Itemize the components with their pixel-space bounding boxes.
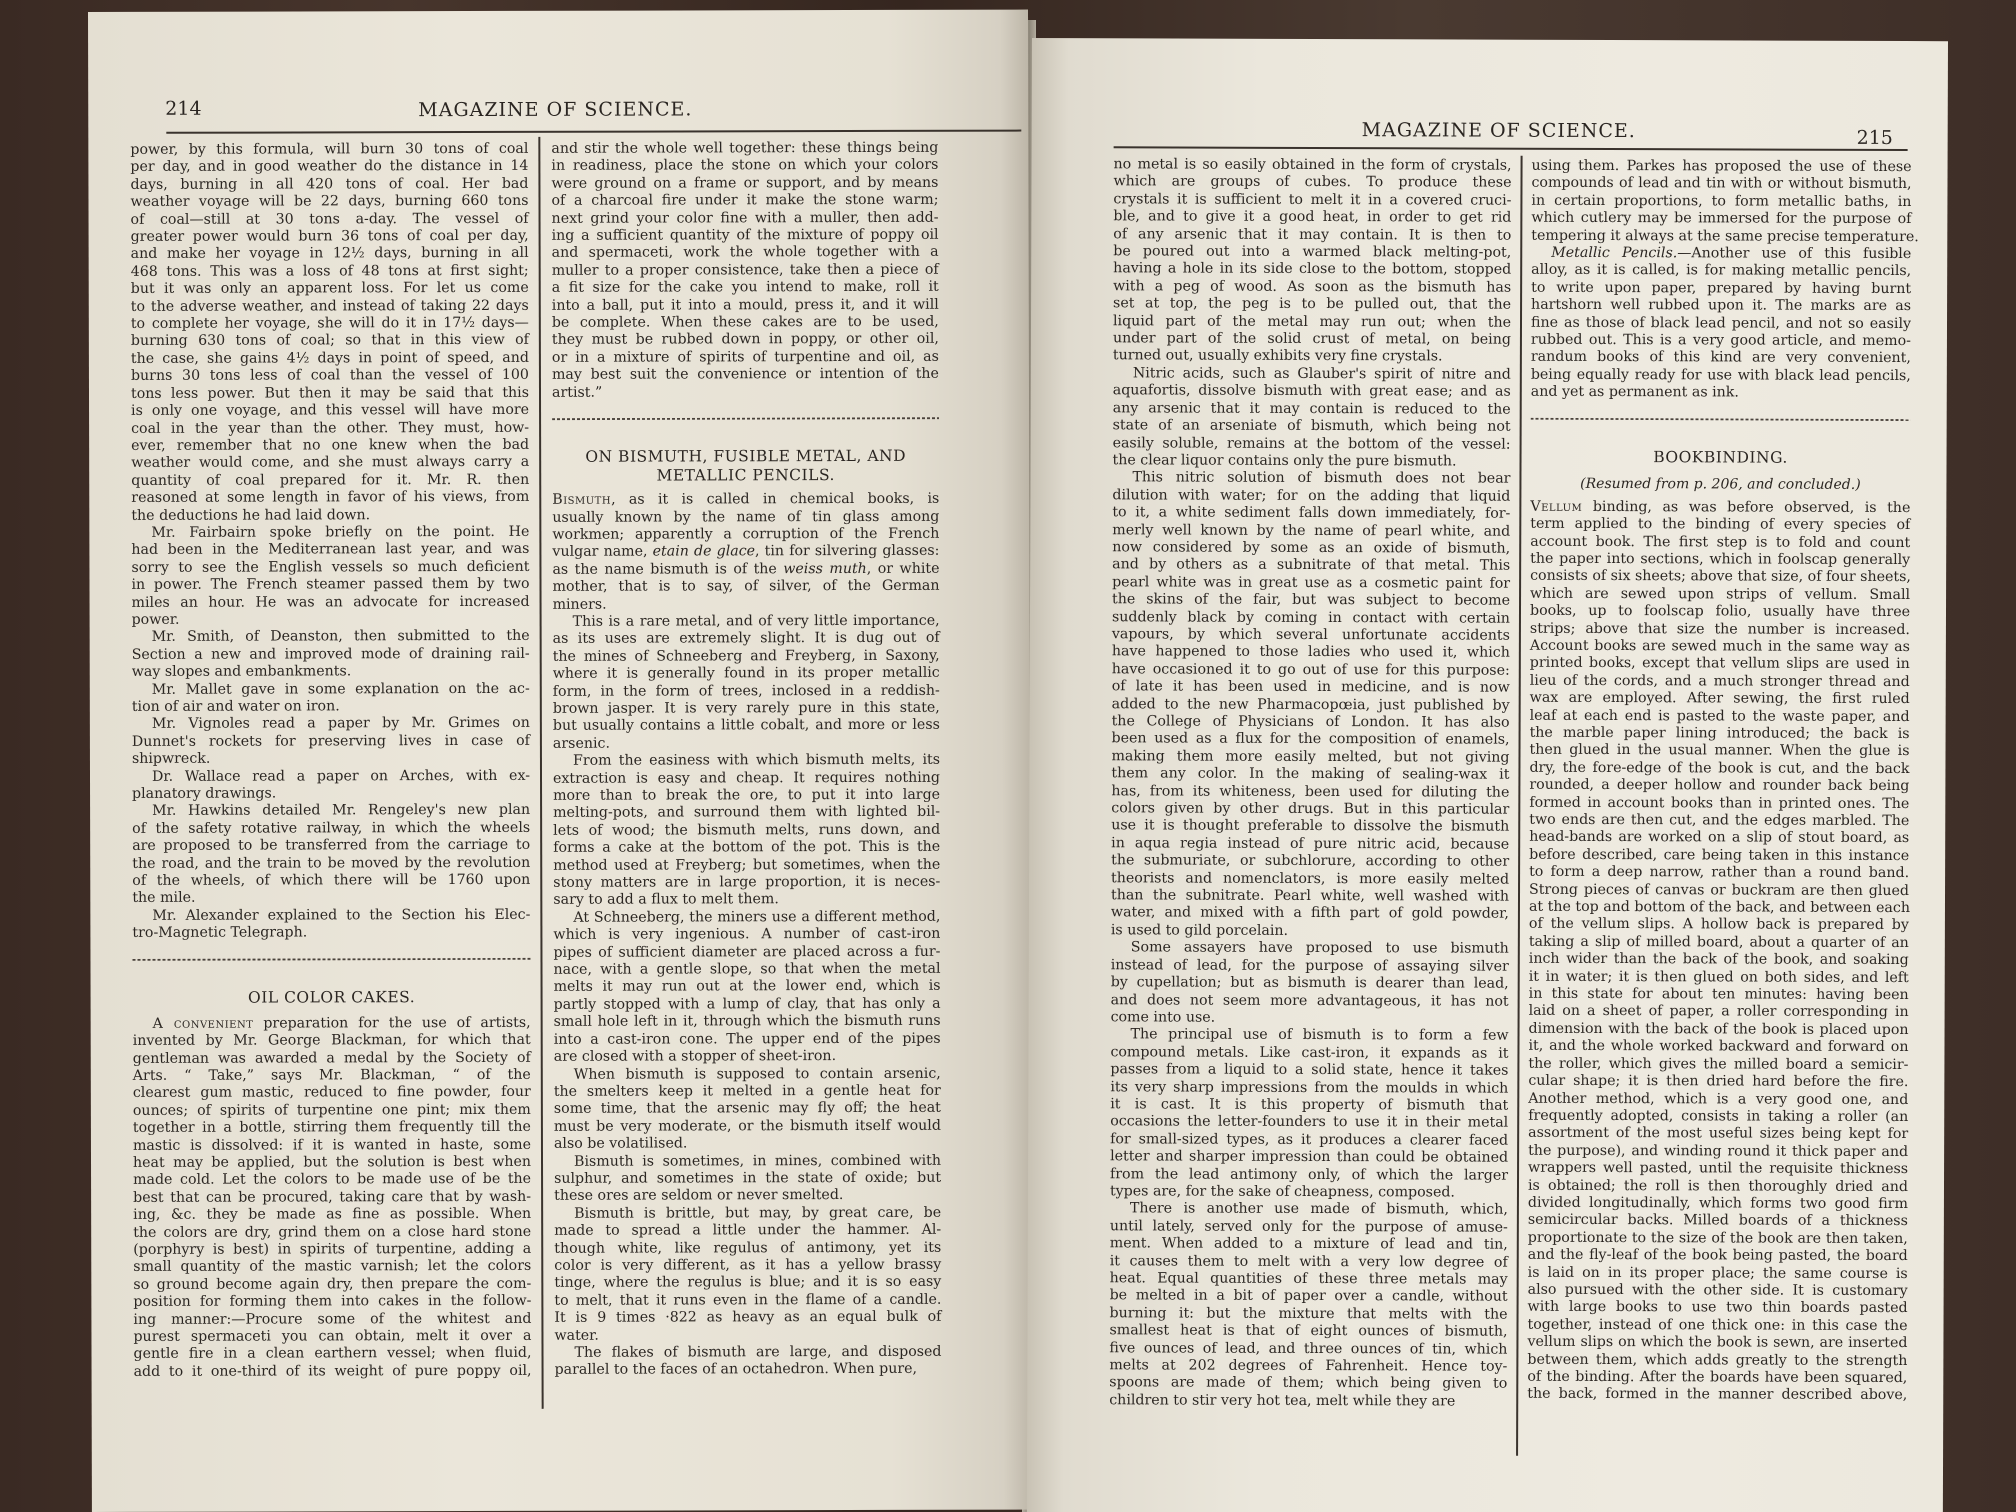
text-line: dimension with the back of the book is p…: [1529, 1021, 1909, 1040]
text-line: alloy, as it is called, is for making me…: [1531, 262, 1911, 281]
text-line: position for forming them into cakes in …: [133, 1293, 531, 1311]
text-line: account book. The first step is to fold …: [1530, 533, 1910, 552]
text-line: making them more easily melted, but not …: [1111, 748, 1509, 767]
text-line: days, burning in all 420 tons of coal. H…: [130, 176, 528, 194]
text-line: gentleman was awarded a medal by the Soc…: [133, 1049, 531, 1067]
right-page: MAGAZINE OF SCIENCE. 215 no metal is so …: [1027, 38, 1948, 1512]
text-line: with a peg of wood. As soon as the bismu…: [1113, 278, 1511, 297]
text-line: vellum slips on which the book is sewn, …: [1527, 1334, 1907, 1353]
text-line: brown jasper. It is very rarely pure in …: [553, 700, 940, 718]
text-line: water, and mixed with a fifth part of go…: [1111, 905, 1509, 924]
text-line: melting-pots, and surround them with lig…: [553, 804, 940, 822]
text-line: clearest gum mastic, reduced to fine pow…: [133, 1084, 531, 1102]
text-line: into a cast-iron cone. The upper end of …: [554, 1030, 941, 1048]
article-title: OIL COLOR CAKES.: [133, 988, 531, 1008]
text-line: muller to a proper consistence, take the…: [552, 262, 939, 280]
text-line: Bismuth is brittle, but may, by great ca…: [554, 1205, 941, 1223]
text-run: binding, as was before observed, is the: [1582, 499, 1910, 516]
text-line: mother, that is to say, of silver, of th…: [552, 578, 939, 596]
text-line: of the wheels, of which there will be 17…: [132, 872, 530, 890]
text-line: strips; above that size the number is in…: [1530, 620, 1910, 639]
text-line: of a charcoal fire under it make the sto…: [551, 192, 938, 210]
text-line: at the top and bottom of the back, and b…: [1529, 899, 1909, 918]
text-line: reasoned at some length in favor of his …: [131, 489, 529, 507]
text-line: has, from its whiteness, been used for d…: [1111, 783, 1509, 802]
text-line: power, by this formula, will burn 30 ton…: [130, 141, 528, 159]
text-line: it causes them to melt with a very low d…: [1110, 1253, 1508, 1272]
text-line: At Schneeberg, the miners use a differen…: [553, 909, 940, 927]
left-page: 214 MAGAZINE OF SCIENCE. power, by this …: [88, 10, 1032, 1512]
italic-run: Metallic Pencils.: [1551, 245, 1677, 261]
text-line: Mr. Smith, of Deanston, then submitted t…: [132, 628, 530, 646]
text-line: where it is generally found in its prope…: [553, 665, 940, 683]
text-line: passes from a liquid to a solid state, h…: [1110, 1061, 1508, 1080]
text-line: proportionate to the size of the book ar…: [1528, 1229, 1908, 1248]
text-line: any arsenic that it may contain is reduc…: [1113, 400, 1511, 419]
text-line: Bismuth is sometimes, in mines, combined…: [554, 1152, 941, 1170]
text-line: state of an arseniate of bismuth, which …: [1113, 417, 1511, 436]
text-line: Account books are sewed much in the same…: [1530, 638, 1910, 657]
text-line: There is another use made of bismuth, wh…: [1110, 1201, 1508, 1220]
text-line: printed books, except that vellum slips …: [1530, 655, 1910, 674]
text-line: been used as a flux for the composition …: [1112, 731, 1510, 750]
text-line: arsenic.: [553, 735, 940, 753]
text-line: ounces; of spirits of turpentine one pin…: [133, 1102, 531, 1120]
text-line: the road, and the train to be moved by t…: [132, 855, 530, 873]
text-line: and spermaceti, work the whole together …: [552, 244, 939, 262]
text-line: Mr. Fairbairn spoke briefly on the point…: [131, 524, 529, 542]
text-line: also pursued with the other side. It is …: [1528, 1282, 1908, 1301]
text-run: vulgar name,: [552, 544, 652, 560]
lead-small-caps: A convenient: [153, 1015, 254, 1031]
text-line: Mr. Alexander explained to the Section h…: [132, 907, 530, 925]
text-line: cular shape; it is then dried hard befor…: [1528, 1073, 1908, 1092]
text-line: of late it has been used in medicine, an…: [1112, 678, 1510, 697]
text-line: in aqua regia instead of pure nitric aci…: [1111, 835, 1509, 854]
text-line: sary to add a flux to melt them.: [553, 891, 940, 909]
text-line: it is cast. It is this property of bismu…: [1110, 1096, 1508, 1115]
text-line: books, up to foolscap folio, usually hav…: [1530, 603, 1910, 622]
text-line: tons less power. But then it may be said…: [131, 385, 529, 403]
text-line: from the lead antimony only, of which th…: [1110, 1166, 1508, 1185]
text-line: be complete. When these cakes are to be …: [552, 314, 939, 332]
text-line: merly well known by the name of pearl wh…: [1112, 522, 1510, 541]
text-line: pearl white was in great use as a cosmet…: [1112, 574, 1510, 593]
text-line: compounds of lead and tin with or withou…: [1531, 175, 1911, 194]
text-run: , as it is called in chemical books, is: [611, 491, 939, 508]
text-line: usually known by the name of tin glass a…: [552, 508, 939, 526]
text-line: From the easiness with which bismuth mel…: [553, 752, 940, 770]
text-line: and make her voyage in 12½ days, burning…: [131, 245, 529, 263]
text-line: pipes of sufficient diameter are placed …: [553, 943, 940, 961]
header-rule: [1114, 146, 1908, 151]
text-line: burns 30 tons less of coal than the vess…: [131, 367, 529, 385]
text-line: method used at Freyberg; but sometimes, …: [553, 856, 940, 874]
text-line: now considered by some as an oxide of bi…: [1112, 539, 1510, 558]
italic-run: weiss muth: [783, 561, 867, 577]
text-line: types are, for the sake of cheapness, co…: [1110, 1183, 1508, 1202]
text-line: color is very different, as it has a yel…: [554, 1257, 941, 1275]
text-line: partly stopped with a lump of clay, that…: [554, 996, 941, 1014]
text-line: the colors are dry, grind them on a clos…: [133, 1223, 531, 1241]
text-line: aquafortis, dissolve bismuth with great …: [1113, 383, 1511, 402]
text-line: to it, a white sediment falls down immed…: [1112, 504, 1510, 523]
section-divider: [1531, 415, 1911, 422]
text-line: must be very moderate, or the bismuth it…: [554, 1117, 941, 1135]
text-line: it, and the whole worked backward and fo…: [1528, 1038, 1908, 1057]
text-line: Nitric acids, such as Glauber's spirit o…: [1113, 365, 1511, 384]
running-head: MAGAZINE OF SCIENCE.: [418, 98, 692, 121]
text-line: of any arsenic that it may contain. It i…: [1113, 226, 1511, 245]
text-line: five ounces of lead, and three ounces of…: [1109, 1340, 1507, 1359]
text-line: in power. The French steamer passed them…: [131, 576, 529, 594]
text-line: add to it one-third of its weight of pur…: [134, 1363, 532, 1381]
text-line: dry, the fore-edge of the book is cut, a…: [1529, 760, 1909, 779]
text-line: the purpose), and winding round it thick…: [1528, 1142, 1908, 1161]
text-line: frequently adopted, consists in taking a…: [1528, 1108, 1908, 1127]
text-run: , or white: [867, 560, 940, 576]
text-line: dilution with water; for on the adding t…: [1112, 487, 1510, 506]
text-line: ing a sufficient quantity of the mixture…: [552, 227, 939, 245]
text-line: to complete her voyage, she will do it i…: [131, 315, 529, 333]
text-line: between them, which adds greatly to the …: [1527, 1351, 1907, 1370]
text-line: the case, she gains 4½ days in point of …: [131, 350, 529, 368]
text-line: made to spread a little under the hammer…: [554, 1222, 941, 1240]
text-line: form, in the form of trees, inclosed in …: [553, 682, 940, 700]
text-line: also be volatilised.: [554, 1135, 941, 1153]
text-line: then glued in the usual manner. When the…: [1529, 742, 1909, 761]
text-line: were ground on a frame or support, and b…: [551, 175, 938, 193]
text-line: tion of air and water on iron.: [132, 698, 530, 716]
text-line: fine as those of black lead pencil, and …: [1531, 314, 1911, 333]
text-line: to the adverse weather, and instead of t…: [131, 298, 529, 316]
text-line: had been in the Mediterranean last year,…: [131, 541, 529, 559]
text-line: planatory drawings.: [132, 785, 530, 803]
text-line: are proposed to be transferred from the …: [132, 837, 530, 855]
text-line: which are sewed upon strips of vellum. S…: [1530, 585, 1910, 604]
text-line: into a ball, put it into a mould, press …: [552, 296, 939, 314]
text-line: A convenient preparation for the use of …: [133, 1015, 531, 1033]
text-line: so ground become again dry, then prepare…: [133, 1276, 531, 1294]
text-line: invented by Mr. George Blackman, for whi…: [133, 1032, 531, 1050]
text-line: under part of the solid crust of metal, …: [1113, 330, 1511, 349]
text-line: Mr. Vignoles read a paper by Mr. Grimes …: [132, 715, 530, 733]
text-line: for small-sized types, as it produces a …: [1110, 1131, 1508, 1150]
text-line: occasions the letter-founders to use it …: [1110, 1114, 1508, 1133]
text-line: next grind your color fine with a muller…: [552, 209, 939, 227]
text-line: which cutlery may be immersed for the pu…: [1531, 210, 1911, 229]
text-line: the mile.: [132, 889, 530, 907]
text-line: rounded, a deeper hollow and rounder bac…: [1529, 777, 1909, 796]
text-line: the paper into sections, which in foolsc…: [1530, 551, 1910, 570]
text-line: the smelters keep it melted in a gentle …: [554, 1083, 941, 1101]
text-line: made cold. Let the colors to be made use…: [133, 1171, 531, 1189]
text-line: Mr. Mallet gave in some explanation on t…: [132, 680, 530, 698]
text-line: (porphyry is best) in spirits of turpent…: [133, 1241, 531, 1259]
text-line: rubbed out. This is a very good article,…: [1531, 332, 1911, 351]
text-line: miners.: [553, 595, 940, 613]
text-line: as the name bismuth is of the weiss muth…: [552, 560, 939, 578]
text-line: is only one voyage, and this vessel will…: [131, 402, 529, 420]
article-title: BOOKBINDING.: [1531, 447, 1911, 467]
text-line: come into use.: [1111, 1009, 1509, 1028]
text-line: stony matters are in large proportion, i…: [553, 874, 940, 892]
text-line: compound metals. Like cast-iron, it expa…: [1110, 1044, 1508, 1063]
text-line: the back, formed in the manner described…: [1527, 1386, 1907, 1405]
text-line: spoons are made of them; which being giv…: [1109, 1375, 1507, 1394]
header-rule: [166, 130, 1021, 134]
text-line: easily soluble, remains at the bottom of…: [1113, 435, 1511, 454]
text-line: This is a rare metal, and of very little…: [553, 613, 940, 631]
text-line: be melted in a bit of paper over a candl…: [1110, 1288, 1508, 1307]
text-line: until lately, served only for the purpos…: [1110, 1218, 1508, 1237]
text-line: it in water; it is then glued on both si…: [1529, 968, 1909, 987]
text-line: shipwreck.: [132, 750, 530, 768]
text-line: a fit size for the cake you intend to ma…: [552, 279, 939, 297]
text-line: by cupellation; but as bismuth is dearer…: [1111, 974, 1509, 993]
text-line: the deductions he had laid down.: [131, 506, 529, 524]
text-line: mastic is dissolved: if it is wanted in …: [133, 1136, 531, 1154]
text-line: colors given by other drugs. But in this…: [1111, 800, 1509, 819]
text-line: more than to break the ore, to put it in…: [553, 787, 940, 805]
column-rule: [538, 137, 543, 1409]
text-line: use it is thought preferable to dissolve…: [1111, 818, 1509, 837]
text-run: —Another use of this fusible: [1677, 245, 1911, 262]
text-line: in readiness, place the stone on which y…: [551, 157, 938, 175]
text-line: wax are employed. After sewing, the firs…: [1530, 690, 1910, 709]
text-line: artist.”: [552, 383, 939, 401]
text-line: tro-Magnetic Telegraph.: [132, 924, 530, 942]
text-line: formed in account books than in printed …: [1529, 794, 1909, 813]
text-line: heat. Equal quantities of these three me…: [1110, 1270, 1508, 1289]
lead-small-caps: Vellum: [1530, 498, 1582, 514]
text-line: crystals it is sufficient to melt it in …: [1113, 191, 1511, 210]
text-line: tinge, where the regulus is blue; and it…: [554, 1274, 941, 1292]
text-line: as its uses are extremely slight. It is …: [553, 630, 940, 648]
text-line: quantity of coal prepared for it. Mr. R.…: [131, 472, 529, 490]
text-line: having a hole in its side close to the b…: [1113, 261, 1511, 280]
text-line: and yet as permanent as ink.: [1531, 384, 1911, 403]
text-run: preparation for the use of artists,: [253, 1015, 530, 1032]
article-title: ON BISMUTH, FUSIBLE METAL, AND: [552, 447, 939, 467]
text-line: workmen; apparently a corruption of the …: [552, 526, 939, 544]
running-head: MAGAZINE OF SCIENCE.: [1362, 119, 1636, 142]
text-line: being equally ready for use with black l…: [1531, 367, 1911, 386]
text-line: greater power would burn 36 tons of coal…: [131, 228, 529, 246]
text-line: Strong pieces of canvas or buckram are t…: [1529, 881, 1909, 900]
text-line: weather would come, and she must always …: [131, 454, 529, 472]
text-line: Bismuth, as it is called in chemical boo…: [552, 491, 939, 509]
text-line: are closed with a stopper of sheet-iron.: [554, 1048, 941, 1066]
text-line: Vellum binding, as was before observed, …: [1530, 498, 1910, 517]
text-line: The principal use of bismuth is to form …: [1110, 1027, 1508, 1046]
text-line: is laid on in its proper place; the same…: [1528, 1264, 1908, 1283]
text-line: with large books to use two thin boards …: [1528, 1299, 1908, 1318]
text-line: leaf at each end is pasted to the waste …: [1530, 707, 1910, 726]
text-line: but usually contains a little cobalt, an…: [553, 717, 940, 735]
text-line: head-bands are worked on a slip of stout…: [1529, 829, 1909, 848]
text-line: some time, that the arsenic may fly off;…: [554, 1100, 941, 1118]
text-line: before described, care being taken in th…: [1529, 847, 1909, 866]
text-line: The flakes of bismuth are large, and dis…: [554, 1344, 941, 1362]
right-page-column-2: using them. Parkes has proposed the use …: [1527, 158, 1911, 1405]
text-line: Mr. Hawkins detailed Mr. Rengeley's new …: [132, 802, 530, 820]
text-line: parallel to the faces of an octahedron. …: [555, 1361, 942, 1379]
text-line: ever, remember that no one knew when the…: [131, 437, 529, 455]
text-line: and does not seem more advantageous, it …: [1111, 992, 1509, 1011]
text-run: , tin for silvering glasses:: [755, 543, 939, 559]
text-line: or in a mixture of spirits of turpentine…: [552, 349, 939, 367]
text-line: of the safety rotative railway, in which…: [132, 820, 530, 838]
right-page-column-1: no metal is so easily obtained in the fo…: [1109, 156, 1511, 1411]
text-line: the clear liquor contains only the pure …: [1112, 452, 1510, 471]
text-line: term applied to the binding of every spe…: [1530, 516, 1910, 535]
text-line: set at top, the peg is to be pulled out,…: [1113, 296, 1511, 315]
text-line: they must be rubbed down in poppy, or ot…: [552, 331, 939, 349]
text-line: semicircular backs. Milled boards of a t…: [1528, 1212, 1908, 1231]
text-line: burning it: but the mixture that melts w…: [1110, 1305, 1508, 1324]
text-line: of the binding. After the boards have be…: [1527, 1369, 1907, 1388]
text-line: water.: [554, 1326, 941, 1344]
text-line: ment. When added to a mixture of lead an…: [1110, 1235, 1508, 1254]
text-line: melts at 202 degrees of Fahrenheit. Henc…: [1109, 1357, 1507, 1376]
text-line: may best suit the convenience or intenti…: [552, 366, 939, 384]
text-line: wrappers well pasted, until the requisit…: [1528, 1160, 1908, 1179]
text-line: Some assayers have proposed to use bismu…: [1111, 940, 1509, 959]
text-line: which are groups of cubes. To produce th…: [1113, 174, 1511, 193]
text-line: together, instead of one thick one: in t…: [1527, 1317, 1907, 1336]
text-line: best that can be procured, taking care t…: [133, 1189, 531, 1207]
text-line: the roller, which gives the milled board…: [1528, 1055, 1908, 1074]
text-line: children to stir very hot tea, melt whil…: [1109, 1392, 1507, 1411]
text-line: randum books of this kind are very conve…: [1531, 349, 1911, 368]
text-line: Arts. “ Take,” says Mr. Blackman, “ of t…: [133, 1067, 531, 1085]
text-line: in certain proportions, to form metallic…: [1531, 193, 1911, 212]
text-line: the skins of the fair, but was subject t…: [1112, 591, 1510, 610]
text-line: together in a bottle, stirring them freq…: [133, 1119, 531, 1137]
text-line: purest spermaceti you can obtain, melt i…: [133, 1328, 531, 1346]
text-line: the College of Physicians of London. It …: [1112, 713, 1510, 732]
text-line: small quantity of the mastic varnish; le…: [133, 1258, 531, 1276]
text-line: forms a cake at the bottom of the pot. T…: [553, 839, 940, 857]
text-line: inch wider than the back of the book, an…: [1529, 951, 1909, 970]
italic-run: etain de glace: [653, 544, 755, 560]
text-line: Metallic Pencils.—Another use of this fu…: [1531, 245, 1911, 264]
text-line: which is very ingenious. A number of cas…: [553, 926, 940, 944]
text-line: When bismuth is supposed to contain arse…: [554, 1065, 941, 1083]
page-number: 215: [1857, 127, 1893, 149]
text-line: be poured out into a warmed black meltin…: [1113, 243, 1511, 262]
text-line: have happened to those ladies who used i…: [1112, 644, 1510, 663]
lead-small-caps: Bismuth: [552, 492, 611, 508]
text-line: tempering it always at the same precise …: [1531, 227, 1911, 246]
text-line: vulgar name, etain de glace, tin for sil…: [552, 543, 939, 561]
text-line: sulphur, and sometimes in the state of o…: [554, 1170, 941, 1188]
article-subtitle: (Resumed from p. 206, and concluded.): [1530, 472, 1910, 495]
text-line: letter and sharper impression than could…: [1110, 1148, 1508, 1167]
text-line: taking a slip of milled board, about a q…: [1529, 934, 1909, 953]
text-line: burning 630 tons of coal; so that in thi…: [131, 332, 529, 350]
text-line: Dunnet's rockets for preserving lives in…: [132, 733, 530, 751]
text-line: to form a deep narrow, rather than a rou…: [1529, 864, 1909, 883]
text-line: suddenly black by coming in contact with…: [1112, 609, 1510, 628]
text-line: is obtained; the roll is then thoroughly…: [1528, 1177, 1908, 1196]
text-line: This nitric solution of bismuth does not…: [1112, 470, 1510, 489]
page-number: 214: [165, 98, 201, 120]
text-line: assortment of the most useful sizes bein…: [1528, 1125, 1908, 1144]
text-line: using them. Parkes has proposed the use …: [1532, 158, 1912, 177]
text-line: instead of lead, for the purpose of assa…: [1111, 957, 1509, 976]
text-line: small hole left in it, through which the…: [554, 1013, 941, 1031]
text-line: have occasioned it to go out of use for …: [1112, 661, 1510, 680]
text-line: in this state for about ten minutes: hav…: [1529, 986, 1909, 1005]
text-line: way slopes and embankments.: [132, 663, 530, 681]
text-line: lets of wood; the bismuth melts, runs do…: [553, 822, 940, 840]
text-line: gentle fire in a clean earthern vessel; …: [133, 1345, 531, 1363]
text-line: coal in the year than the other. They mu…: [131, 419, 529, 437]
text-line: to write upon paper, prepared by having …: [1531, 280, 1911, 299]
text-line: Section a new and improved mode of drain…: [132, 646, 530, 664]
text-line: added to the new Pharmacopœia, just publ…: [1112, 696, 1510, 715]
text-line: weather voyage will be 22 days, burning …: [130, 193, 528, 211]
text-line: nace, with a gentle slope, so that when …: [553, 961, 940, 979]
text-line: heat may be applied, but the solution is…: [133, 1154, 531, 1172]
text-line: turned out, usually exhibits very fine c…: [1113, 348, 1511, 367]
text-line: and the fly-leaf of the book being paste…: [1528, 1247, 1908, 1266]
text-line: It is 9 times ·822 as heavy as an equal …: [554, 1309, 941, 1327]
text-line: and stir the whole well together: these …: [551, 140, 938, 158]
text-line: extraction is easy and cheap. It require…: [553, 769, 940, 787]
text-line: them any color. In the making of sealing…: [1111, 766, 1509, 785]
text-line: divided longitudinally, which forms two …: [1528, 1195, 1908, 1214]
text-line: to melt, that it runs even in the flame …: [554, 1292, 941, 1310]
text-line: the submuriate, or subchlorure, accordin…: [1111, 853, 1509, 872]
left-page-column-1: power, by this formula, will burn 30 ton…: [130, 141, 531, 1381]
text-line: vapours, by which several unfortunate ac…: [1112, 626, 1510, 645]
text-line: per day, and in good weather do the dist…: [130, 158, 528, 176]
text-line: laid on a sheet of paper, a roller corre…: [1529, 1003, 1909, 1022]
text-line: sorry to see the English vessels so much…: [131, 559, 529, 577]
text-line: of coal—still at 30 tons a-day. The vess…: [131, 210, 529, 228]
text-line: consists of six sheets; above that size,…: [1530, 568, 1910, 587]
text-line: melts it may run out at the lower end, w…: [554, 978, 941, 996]
text-line: no metal is so easily obtained in the fo…: [1114, 156, 1512, 175]
text-line: miles an hour. He was an advocate for in…: [132, 593, 530, 611]
text-line: the marble paper lining introduced; the …: [1530, 725, 1910, 744]
text-line: liquid part of the metal may run out; wh…: [1113, 313, 1511, 332]
section-divider: [132, 956, 530, 963]
article-title: METALLIC PENCILS.: [552, 466, 939, 486]
text-line: its very sharp impressions from the moul…: [1110, 1079, 1508, 1098]
text-line: but it was only an apparent loss. For le…: [131, 280, 529, 298]
text-line: than the subnitrate. Pearl white, well w…: [1111, 887, 1509, 906]
text-line: power.: [132, 611, 530, 629]
text-line: though white, like regulus of antimony, …: [554, 1239, 941, 1257]
text-line: theorists and nomenclators, is more easi…: [1111, 870, 1509, 889]
left-page-column-2: and stir the whole well together: these …: [551, 140, 941, 1380]
text-line: ing manner:—Procure some of the whitest …: [133, 1310, 531, 1328]
text-line: these ores are seldom or never smelted.: [554, 1187, 941, 1205]
text-line: 468 tons. This was a loss of 48 tons at …: [131, 263, 529, 281]
text-line: ing, &c. they be made as fine as possibl…: [133, 1206, 531, 1224]
text-line: two ends are then cut, and the edges mar…: [1529, 812, 1909, 831]
text-line: is used to gild porcelain.: [1111, 922, 1509, 941]
section-divider: [552, 415, 939, 422]
text-line: hartshorn well rubbed upon it. The marks…: [1531, 297, 1911, 316]
text-line: the mines of Schneeberg and Freyberg, in…: [553, 648, 940, 666]
text-line: lieu of the cords, and a much stronger t…: [1530, 672, 1910, 691]
column-rule: [1516, 156, 1522, 1456]
